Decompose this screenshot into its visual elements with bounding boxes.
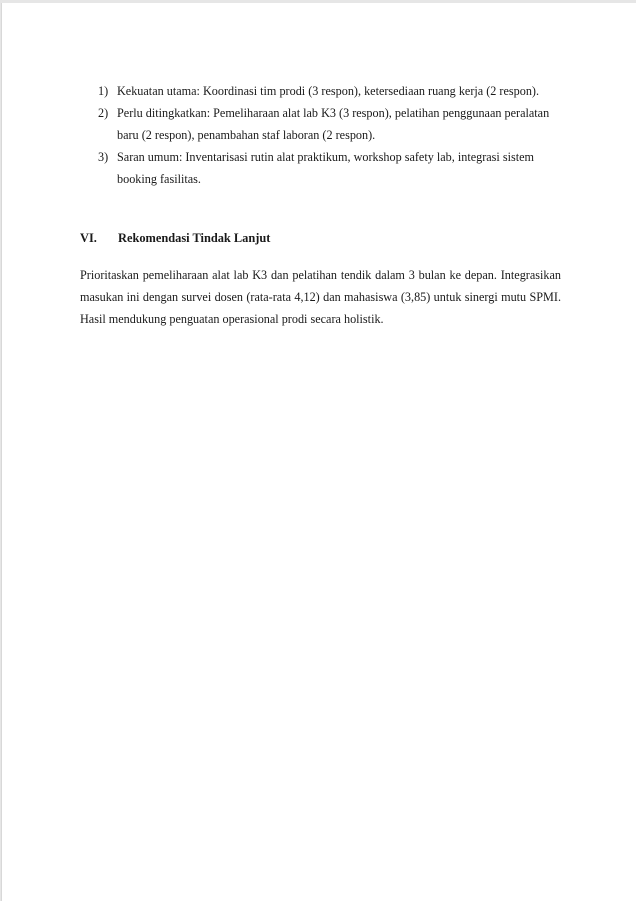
list-item-text: Saran umum: Inventarisasi rutin alat pra… — [117, 150, 534, 186]
list-item-number: 2) — [98, 102, 108, 124]
section-title: Rekomendasi Tindak Lanjut — [118, 231, 270, 245]
list-item: 3) Saran umum: Inventarisasi rutin alat … — [98, 146, 568, 190]
document-page: 1) Kekuatan utama: Koordinasi tim prodi … — [1, 3, 636, 901]
list-item-number: 1) — [98, 80, 108, 102]
list-item-number: 3) — [98, 146, 108, 168]
list-item: 1) Kekuatan utama: Koordinasi tim prodi … — [98, 80, 568, 102]
section-number: VI. — [80, 227, 118, 249]
list-item: 2) Perlu ditingkatkan: Pemeliharaan alat… — [98, 102, 568, 146]
list-item-text: Perlu ditingkatkan: Pemeliharaan alat la… — [117, 106, 549, 142]
section-heading: VI.Rekomendasi Tindak Lanjut — [80, 227, 270, 249]
recommendation-paragraph: Prioritaskan pemeliharaan alat lab K3 da… — [80, 264, 561, 330]
list-item-text: Kekuatan utama: Koordinasi tim prodi (3 … — [117, 84, 539, 98]
findings-list: 1) Kekuatan utama: Koordinasi tim prodi … — [98, 80, 568, 190]
